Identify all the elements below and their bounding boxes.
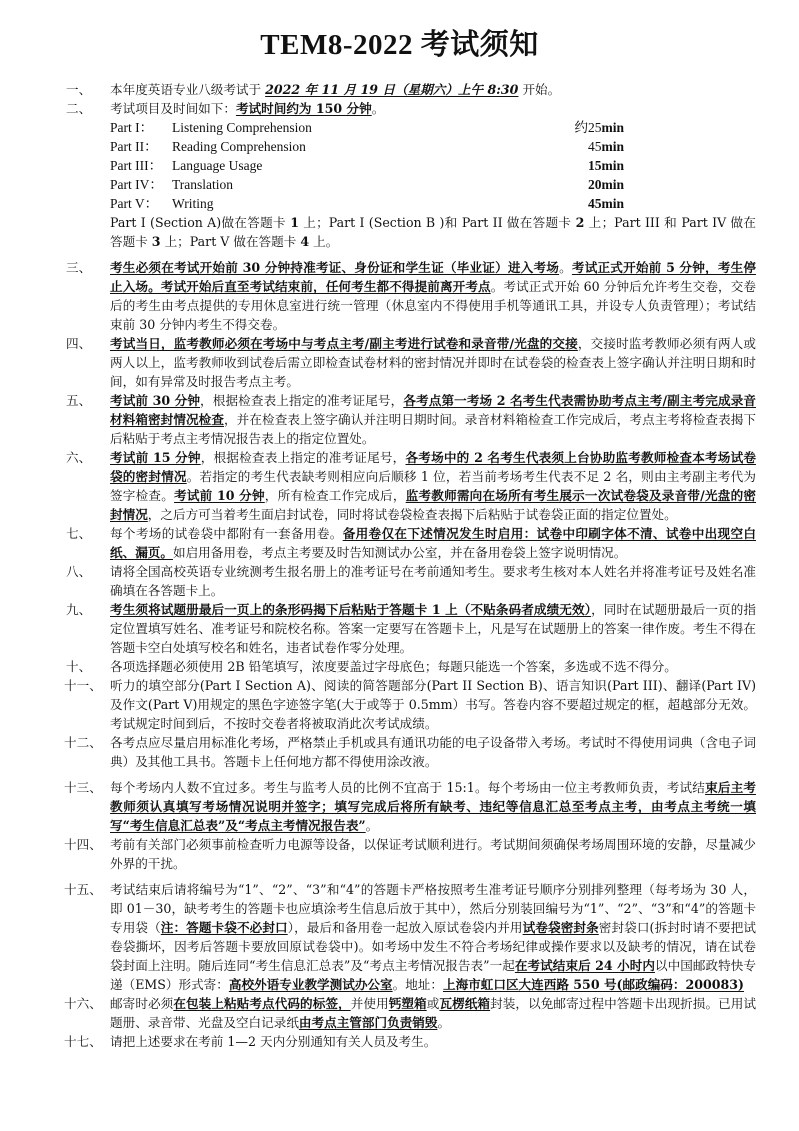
item-number: 十六、 <box>64 994 102 1013</box>
emphasis-text: 考试前 15 分钟 <box>110 450 201 465</box>
exam-part-row: Part III：Language Usage15min <box>110 156 756 175</box>
duration-prefix: 约 <box>574 120 588 135</box>
notice-item-7: 七、 每个考场的试卷袋中都附有一套备用卷。备用卷仅在下述情况发生时启用：试卷中印… <box>66 524 756 562</box>
notice-item-8: 八、 请将全国高校英语专业统测考生报名册上的准考证号在考前通知考生。要求考生核对… <box>66 562 756 600</box>
item-number: 二、 <box>66 99 91 118</box>
part-label: Part I： <box>110 118 172 137</box>
part-name: Translation <box>172 175 544 194</box>
item-number: 五、 <box>66 391 91 410</box>
item-number: 十二、 <box>64 733 102 752</box>
item-number: 十、 <box>66 657 91 676</box>
notice-item-5: 五、 考试前 30 分钟，根据检查表上指定的准考证尾号，各考点第一考场 2 名考… <box>66 391 756 448</box>
text-run: Part I (Section A)做在答题卡 <box>110 215 290 230</box>
part-name: Writing <box>172 194 544 213</box>
duration-unit: min <box>601 196 624 211</box>
duration-value: 25 <box>588 120 602 135</box>
text-run: 。地址： <box>393 977 443 992</box>
emphasis-text: 考试前 30 分钟 <box>110 393 200 408</box>
part-duration: 15min <box>544 156 624 175</box>
exam-part-row: Part V：Writing45min <box>110 194 756 213</box>
text-run: 1 <box>290 215 299 230</box>
part-name: Language Usage <box>172 156 544 175</box>
part-label: Part III： <box>110 156 172 175</box>
duration-value: 15 <box>588 158 602 173</box>
notice-item-17: 十七、 请把上述要求在考前 1—2 天内分别通知有关人员及考生。 <box>66 1032 756 1051</box>
notice-item-9: 九、 考生须将试题册最后一页上的条形码揭下后粘贴于答题卡 1 上（不贴条码者成绩… <box>66 600 756 657</box>
item-body: 考试当日，监考教师必须在考场中与考点主考/副主考进行试卷和录音带/光盘的交接，交… <box>110 334 756 391</box>
item-number: 十一、 <box>64 676 102 695</box>
text-run: 听力的填空部分(Part I Section A)、阅读的简答题部分(Part … <box>110 678 756 731</box>
emphasis-text: 试卷袋密封条 <box>523 920 599 935</box>
text-run: 邮寄时必须 <box>110 996 173 1011</box>
notice-item-13: 十三、 每个考场内人数不宜过多。考生与监考人员的比例不宜高于 15:1。每个考场… <box>66 778 756 835</box>
exam-part-row: Part I：Listening Comprehension约25min <box>110 118 756 137</box>
text-run: 各考点应尽量启用标准化考场，严格禁止手机或具有通讯功能的电子设备带入考场。考试时… <box>110 735 756 769</box>
item-body: 考试项目及时间如下：考试时间约为 150 分钟。Part I：Listening… <box>110 99 756 251</box>
item-body: 考试前 15 分钟，根据检查表上指定的准考证尾号，各考场中的 2 名考生代表须上… <box>110 448 756 524</box>
item-number: 七、 <box>66 524 91 543</box>
part-duration: 45min <box>544 137 624 156</box>
duration-unit: min <box>601 120 624 135</box>
notice-list: 一、 本年度英语专业八级考试于 2022 年 11 月 19 日（星期六）上午 … <box>66 80 756 1051</box>
emphasis-text: 高校外语专业教学测试办公室 <box>229 977 393 992</box>
text-run: 开始。 <box>518 82 560 97</box>
item-body: 听力的填空部分(Part I Section A)、阅读的简答题部分(Part … <box>110 676 756 733</box>
text-run: 上；Part I (Section B )和 Part II 做在答题卡 <box>299 215 576 230</box>
emphasis-text: 上海市虹口区大连西路 550 号(邮政编码：200083) <box>443 977 744 992</box>
emphasis-text: 考生必须在考试开始前 30 分钟持准考证、身份证和学生证（毕业证）进入考场 <box>110 260 559 275</box>
text-run: ），最后和备用卷一起放入原试卷袋内并用 <box>288 920 523 935</box>
text-run: 请将全国高校英语专业统测考生报名册上的准考证号在考前通知考生。要求考生核对本人姓… <box>110 564 756 598</box>
exam-parts-table: Part I：Listening Comprehension约25minPart… <box>110 118 756 213</box>
text-run: ，所有检查工作完成后， <box>265 488 406 503</box>
text-run: 本年度英语专业八级考试于 <box>110 82 265 97</box>
emphasis-text: 由考点主管部门负责销毁 <box>299 1015 438 1030</box>
item-body: 考前有关部门必须事前检查听力电源等设备，以保证考试顺利进行。考试期间须确保考场周… <box>110 835 756 873</box>
duration-value: 45 <box>588 139 602 154</box>
item-body: 考生须将试题册最后一页上的条形码揭下后粘贴于答题卡 1 上（不贴条码者成绩无效）… <box>110 600 756 657</box>
part-duration: 20min <box>544 175 624 194</box>
duration-value: 20 <box>588 177 602 192</box>
notice-item-1: 一、 本年度英语专业八级考试于 2022 年 11 月 19 日（星期六）上午 … <box>66 80 756 99</box>
item-number: 十三、 <box>64 778 102 797</box>
notice-item-4: 四、 考试当日，监考教师必须在考场中与考点主考/副主考进行试卷和录音带/光盘的交… <box>66 334 756 391</box>
part-label: Part IV： <box>110 175 172 194</box>
item-body: 考生必须在考试开始前 30 分钟持准考证、身份证和学生证（毕业证）进入考场。考试… <box>110 258 756 334</box>
text-run: 每个考场的试卷袋中都附有一套备用卷。 <box>110 526 343 541</box>
notice-item-10: 十、 各项选择题必须使用 2B 铅笔填写，浓度要盖过字母底色；每题只能选一个答案… <box>66 657 756 676</box>
emphasis-text: 2022 年 11 月 19 日（星期六）上午 8:30 <box>265 82 518 97</box>
notice-item-12: 十二、 各考点应尽量启用标准化考场，严格禁止手机或具有通讯功能的电子设备带入考场… <box>66 733 756 771</box>
text-run: ，根据检查表上指定的准考证尾号， <box>200 393 403 408</box>
notice-item-2: 二、 考试项目及时间如下：考试时间约为 150 分钟。Part I：Listen… <box>66 99 756 251</box>
item-body: 各项选择题必须使用 2B 铅笔填写，浓度要盖过字母底色；每题只能选一个答案，多选… <box>110 657 756 676</box>
duration-unit: min <box>601 177 624 192</box>
emphasis-text: 注：答题卡袋不必封口 <box>161 920 288 935</box>
text-run: 如启用备用卷，考点主考要及时告知测试办公室，并在备用卷袋上签字说明情况。 <box>173 545 626 560</box>
text-run: 请把上述要求在考前 1—2 天内分别通知有关人员及考生。 <box>110 1034 436 1049</box>
emphasis-text: 钙塑箱 <box>389 996 427 1011</box>
item-number: 三、 <box>66 258 91 277</box>
item-body: 邮寄时必须在包装上粘贴考点代码的标签，并使用钙塑箱或瓦楞纸箱封装，以免邮寄过程中… <box>110 994 756 1032</box>
answer-sheet-mapping: Part I (Section A)做在答题卡 1 上；Part I (Sect… <box>110 213 756 251</box>
item-number: 四、 <box>66 334 91 353</box>
notice-item-16: 十六、 邮寄时必须在包装上粘贴考点代码的标签，并使用钙塑箱或瓦楞纸箱封装，以免邮… <box>66 994 756 1032</box>
item-body: 考试前 30 分钟，根据检查表上指定的准考证尾号，各考点第一考场 2 名考生代表… <box>110 391 756 448</box>
item-body: 请将全国高校英语专业统测考生报名册上的准考证号在考前通知考生。要求考生核对本人姓… <box>110 562 756 600</box>
text-run: 3 <box>152 234 161 249</box>
part-name: Reading Comprehension <box>172 137 544 156</box>
document-title: TEM8-2022 考试须知 <box>0 22 799 63</box>
text-run: 或 <box>427 996 440 1011</box>
document-page: TEM8-2022 考试须知 一、 本年度英语专业八级考试于 2022 年 11… <box>0 0 799 1131</box>
item-body: 请把上述要求在考前 1—2 天内分别通知有关人员及考生。 <box>110 1032 756 1051</box>
item-number: 十七、 <box>64 1032 102 1051</box>
emphasis-text: 考试时间约为 150 分钟 <box>236 101 372 116</box>
text-run: 上；Part V 做在答题卡 <box>161 234 301 249</box>
text-run: 。 <box>372 101 385 116</box>
notice-item-3: 三、 考生必须在考试开始前 30 分钟持准考证、身份证和学生证（毕业证）进入考场… <box>66 258 756 334</box>
item-number: 一、 <box>66 80 91 99</box>
text-run: 上。 <box>309 234 338 249</box>
emphasis-text: 考试前 10 分钟 <box>174 488 265 503</box>
text-run: 考试项目及时间如下： <box>110 101 236 116</box>
part-label: Part II： <box>110 137 172 156</box>
item-body: 每个考场的试卷袋中都附有一套备用卷。备用卷仅在下述情况发生时启用：试卷中印刷字体… <box>110 524 756 562</box>
notice-item-6: 六、 考试前 15 分钟，根据检查表上指定的准考证尾号，各考场中的 2 名考生代… <box>66 448 756 524</box>
part-label: Part V： <box>110 194 172 213</box>
emphasis-text: 考试当日，监考教师必须在考场中与考点主考/副主考进行试卷和录音带/光盘的交接 <box>110 336 578 351</box>
notice-item-11: 十一、 听力的填空部分(Part I Section A)、阅读的简答题部分(P… <box>66 676 756 733</box>
notice-item-14: 十四、 考前有关部门必须事前检查听力电源等设备，以保证考试顺利进行。考试期间须确… <box>66 835 756 873</box>
item-number: 十五、 <box>64 880 102 899</box>
item-body: 每个考场内人数不宜过多。考生与监考人员的比例不宜高于 15:1。每个考场由一位主… <box>110 778 756 835</box>
exam-part-row: Part II：Reading Comprehension45min <box>110 137 756 156</box>
text-run: 。 <box>559 260 572 275</box>
duration-value: 45 <box>588 196 602 211</box>
part-duration: 45min <box>544 194 624 213</box>
item-number: 八、 <box>66 562 91 581</box>
part-name: Listening Comprehension <box>172 118 544 137</box>
item-body: 本年度英语专业八级考试于 2022 年 11 月 19 日（星期六）上午 8:3… <box>110 80 756 99</box>
text-run: 每个考场内人数不宜过多。考生与监考人员的比例不宜高于 15:1。每个考场由一位主… <box>110 780 705 795</box>
item-body: 各考点应尽量启用标准化考场，严格禁止手机或具有通讯功能的电子设备带入考场。考试时… <box>110 733 756 771</box>
item-number: 十四、 <box>64 835 102 854</box>
text-run: 。 <box>366 818 379 833</box>
item-number: 六、 <box>66 448 91 467</box>
notice-item-15: 十五、 考试结束后请将编号为“1”、“2”、“3”和“4”的答题卡严格按照考生准… <box>66 880 756 994</box>
part-duration: 约25min <box>544 118 624 137</box>
item-number: 九、 <box>66 600 91 619</box>
duration-unit: min <box>601 158 624 173</box>
text-run: 各项选择题必须使用 2B 铅笔填写，浓度要盖过字母底色；每题只能选一个答案，多选… <box>110 659 677 674</box>
emphasis-text: 在考试结束后 24 小时内 <box>515 958 655 973</box>
duration-unit: min <box>601 139 624 154</box>
text-run: 。 <box>437 1015 450 1030</box>
emphasis-text: 考生须将试题册最后一页上的条形码揭下后粘贴于答题卡 1 上（不贴条码者成绩无效） <box>110 602 591 617</box>
exam-part-row: Part IV：Translation20min <box>110 175 756 194</box>
emphasis-text: 在包装上粘贴考点代码的标签， <box>173 996 350 1011</box>
text-run: 4 <box>300 234 309 249</box>
text-run: 考前有关部门必须事前检查听力电源等设备，以保证考试顺利进行。考试期间须确保考场周… <box>110 837 756 871</box>
text-run: ，之后方可当着考生面启封试卷，同时将试卷袋检查表揭下后粘贴于试卷袋正面的指定位置… <box>148 507 677 522</box>
item-body: 考试结束后请将编号为“1”、“2”、“3”和“4”的答题卡严格按照考生准考证号顺… <box>110 880 756 994</box>
text-run: ，根据检查表上指定的准考证尾号， <box>201 450 406 465</box>
text-run: 并使用 <box>351 996 389 1011</box>
emphasis-text: 瓦楞纸箱 <box>439 996 490 1011</box>
